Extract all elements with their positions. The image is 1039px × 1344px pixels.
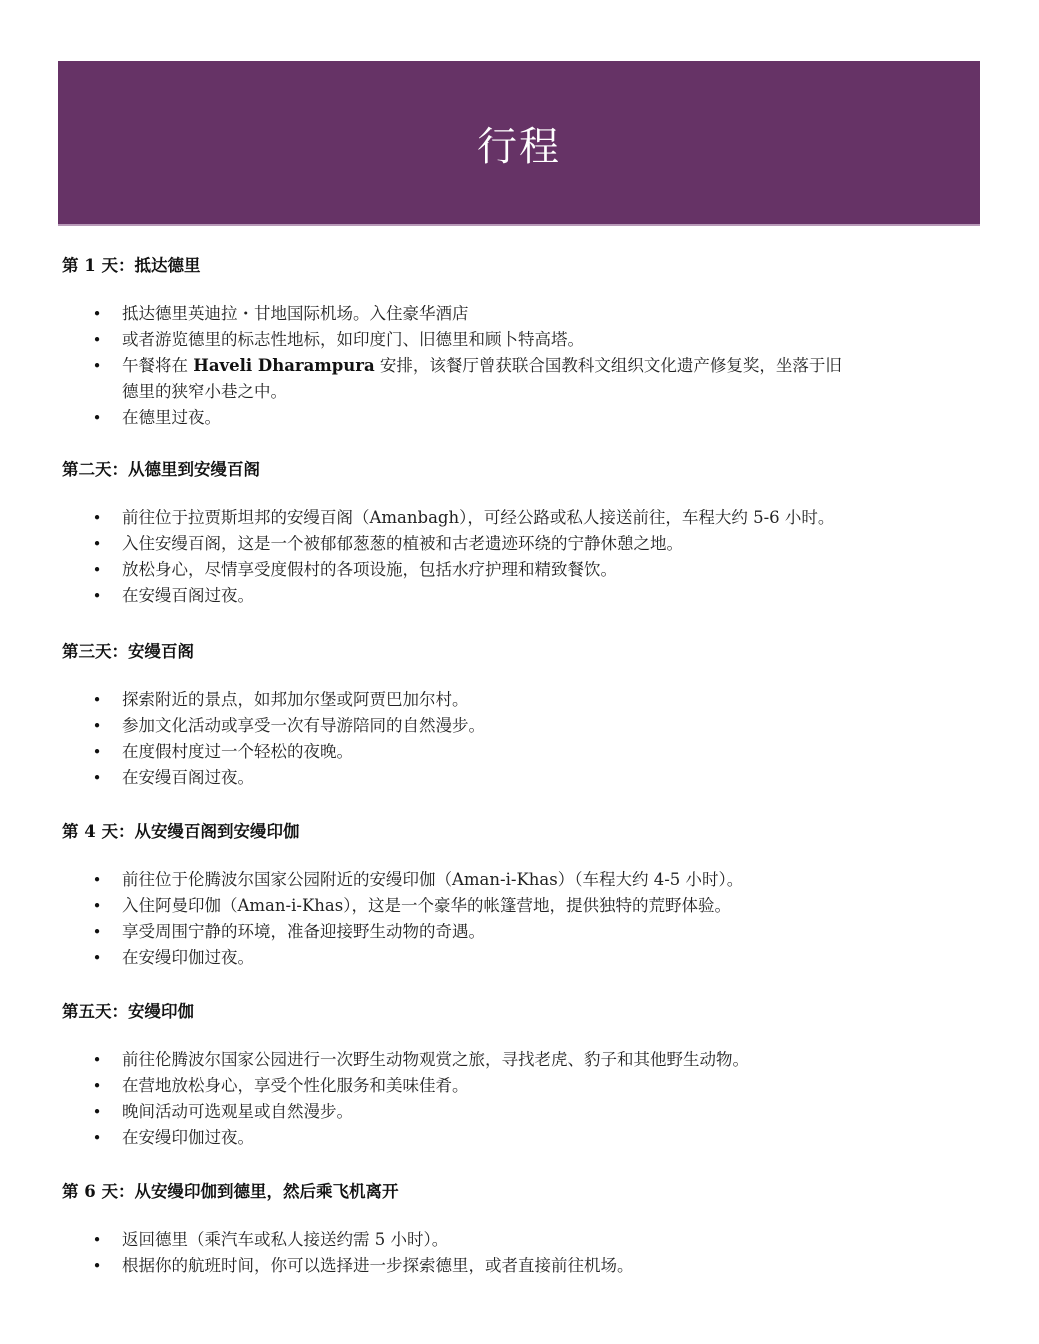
day-activity-list: • 返回德里（乘汽车或私人接送约需 5 小时）。 • 根据你的航班时间，你可以选… [62, 1227, 634, 1279]
item-text: 探索附近的景点，如邦加尔堡或阿贾巴加尔村。 [122, 690, 469, 709]
day-activity-list: • 前往伦腾波尔国家公园进行一次野生动物观赏之旅，寻找老虎、豹子和其他野生动物。… [62, 1047, 749, 1151]
day-activity-list: • 探索附近的景点，如邦加尔堡或阿贾巴加尔村。 • 参加文化活动或享受一次有导游… [62, 687, 485, 791]
item-text-post: 安排，该餐厅曾获联合国教科文组织文化遗产修复奖，坐落于旧 [375, 356, 842, 375]
day-section-3: 第三天：安缦百阁 • 探索附近的景点，如邦加尔堡或阿贾巴加尔村。 • 参加文化活… [62, 638, 485, 791]
item-text: 享受周围宁静的环境，准备迎接野生动物的奇遇。 [122, 922, 485, 941]
item-text: 在度假村度过一个轻松的夜晚。 [122, 742, 353, 761]
list-item: • 享受周围宁静的环境，准备迎接野生动物的奇遇。 [62, 919, 743, 945]
day-activity-list: • 前往位于伦腾波尔国家公园附近的安缦印伽（Aman-i-Khas）（车程大约 … [62, 867, 743, 971]
bullet-icon: • [92, 1047, 102, 1073]
item-text-continued: 德里的狭窄小巷之中。 [122, 382, 287, 401]
list-item: • 参加文化活动或享受一次有导游陪同的自然漫步。 [62, 713, 485, 739]
bullet-icon: • [92, 1227, 102, 1253]
item-text: 根据你的航班时间，你可以选择进一步探索德里，或者直接前往机场。 [122, 1256, 634, 1275]
list-item: • 抵达德里英迪拉・甘地国际机场。入住豪华酒店 [62, 301, 842, 327]
item-text: 前往位于拉贾斯坦邦的安缦百阁（Amanbagh），可经公路或私人接送前往，车程大… [122, 508, 834, 527]
item-text: 在德里过夜。 [122, 408, 221, 427]
bullet-icon: • [92, 945, 102, 971]
bullet-icon: • [92, 557, 102, 583]
list-item: • 放松身心，尽情享受度假村的各项设施，包括水疗护理和精致餐饮。 [62, 557, 834, 583]
day-heading: 第 6 天：从安缦印伽到德里，然后乘飞机离开 [62, 1178, 634, 1206]
list-item: • 在营地放松身心，享受个性化服务和美味佳肴。 [62, 1073, 749, 1099]
item-text: 前往伦腾波尔国家公园进行一次野生动物观赏之旅，寻找老虎、豹子和其他野生动物。 [122, 1050, 749, 1069]
list-item: • 入住安缦百阁，这是一个被郁郁葱葱的植被和古老遗迹环绕的宁静休憩之地。 [62, 531, 834, 557]
item-text-pre: 午餐将在 [122, 356, 193, 375]
bullet-icon: • [92, 687, 102, 713]
day-section-6: 第 6 天：从安缦印伽到德里，然后乘飞机离开 • 返回德里（乘汽车或私人接送约需… [62, 1178, 634, 1279]
title-banner: 行程 [58, 61, 980, 226]
list-item: • 前往伦腾波尔国家公园进行一次野生动物观赏之旅，寻找老虎、豹子和其他野生动物。 [62, 1047, 749, 1073]
list-item: • 探索附近的景点，如邦加尔堡或阿贾巴加尔村。 [62, 687, 485, 713]
list-item: • 前往位于伦腾波尔国家公园附近的安缦印伽（Aman-i-Khas）（车程大约 … [62, 867, 743, 893]
bullet-icon: • [92, 1253, 102, 1279]
list-item: • 在安缦印伽过夜。 [62, 945, 743, 971]
day-heading: 第 4 天：从安缦百阁到安缦印伽 [62, 818, 743, 846]
list-item: • 在安缦百阁过夜。 [62, 765, 485, 791]
page-title: 行程 [477, 115, 561, 172]
item-text: 入住阿曼印伽（Aman-i-Khas），这是一个豪华的帐篷营地，提供独特的荒野体… [122, 896, 731, 915]
list-item: • 入住阿曼印伽（Aman-i-Khas），这是一个豪华的帐篷营地，提供独特的荒… [62, 893, 743, 919]
list-item: • 根据你的航班时间，你可以选择进一步探索德里，或者直接前往机场。 [62, 1253, 634, 1279]
bullet-icon: • [92, 1099, 102, 1125]
item-text: 返回德里（乘汽车或私人接送约需 5 小时）。 [122, 1230, 448, 1249]
item-text: 在营地放松身心，享受个性化服务和美味佳肴。 [122, 1076, 469, 1095]
bullet-icon: • [92, 301, 102, 327]
bullet-icon: • [92, 765, 102, 791]
list-item: • 晚间活动可选观星或自然漫步。 [62, 1099, 749, 1125]
item-text: 入住安缦百阁，这是一个被郁郁葱葱的植被和古老遗迹环绕的宁静休憩之地。 [122, 534, 683, 553]
item-text: 在安缦百阁过夜。 [122, 768, 254, 787]
day-heading: 第五天：安缦印伽 [62, 998, 749, 1026]
list-item: • 在安缦百阁过夜。 [62, 583, 834, 609]
item-text: 在安缦印伽过夜。 [122, 1128, 254, 1147]
list-item: • 午餐将在 Haveli Dharampura 安排，该餐厅曾获联合国教科文组… [62, 353, 842, 405]
bullet-icon: • [92, 919, 102, 945]
bullet-icon: • [92, 531, 102, 557]
list-item: • 前往位于拉贾斯坦邦的安缦百阁（Amanbagh），可经公路或私人接送前往，车… [62, 505, 834, 531]
day-activity-list: • 前往位于拉贾斯坦邦的安缦百阁（Amanbagh），可经公路或私人接送前往，车… [62, 505, 834, 609]
bullet-icon: • [92, 1125, 102, 1151]
day-section-2: 第二天：从德里到安缦百阁 • 前往位于拉贾斯坦邦的安缦百阁（Amanbagh），… [62, 456, 834, 609]
item-text: 晚间活动可选观星或自然漫步。 [122, 1102, 353, 1121]
list-item: • 返回德里（乘汽车或私人接送约需 5 小时）。 [62, 1227, 634, 1253]
item-text: 前往位于伦腾波尔国家公园附近的安缦印伽（Aman-i-Khas）（车程大约 4-… [122, 870, 743, 889]
item-text: 或者游览德里的标志性地标，如印度门、旧德里和顾卜特高塔。 [122, 330, 584, 349]
item-text: 放松身心，尽情享受度假村的各项设施，包括水疗护理和精致餐饮。 [122, 560, 617, 579]
bullet-icon: • [92, 327, 102, 353]
list-item: • 或者游览德里的标志性地标，如印度门、旧德里和顾卜特高塔。 [62, 327, 842, 353]
day-section-4: 第 4 天：从安缦百阁到安缦印伽 • 前往位于伦腾波尔国家公园附近的安缦印伽（A… [62, 818, 743, 971]
item-text: 在安缦百阁过夜。 [122, 586, 254, 605]
bullet-icon: • [92, 713, 102, 739]
item-text: 参加文化活动或享受一次有导游陪同的自然漫步。 [122, 716, 485, 735]
day-activity-list: • 抵达德里英迪拉・甘地国际机场。入住豪华酒店 • 或者游览德里的标志性地标，如… [62, 301, 842, 431]
bullet-icon: • [92, 405, 102, 431]
list-item: • 在安缦印伽过夜。 [62, 1125, 749, 1151]
item-text: 在安缦印伽过夜。 [122, 948, 254, 967]
day-section-1: 第 1 天：抵达德里 • 抵达德里英迪拉・甘地国际机场。入住豪华酒店 • 或者游… [62, 252, 842, 431]
restaurant-name: Haveli Dharampura [193, 356, 374, 375]
day-section-5: 第五天：安缦印伽 • 前往伦腾波尔国家公园进行一次野生动物观赏之旅，寻找老虎、豹… [62, 998, 749, 1151]
item-text: 抵达德里英迪拉・甘地国际机场。入住豪华酒店 [122, 304, 469, 323]
bullet-icon: • [92, 583, 102, 609]
bullet-icon: • [92, 893, 102, 919]
day-heading: 第三天：安缦百阁 [62, 638, 485, 666]
bullet-icon: • [92, 505, 102, 531]
bullet-icon: • [92, 1073, 102, 1099]
day-heading: 第二天：从德里到安缦百阁 [62, 456, 834, 484]
list-item: • 在德里过夜。 [62, 405, 842, 431]
bullet-icon: • [92, 867, 102, 893]
day-heading: 第 1 天：抵达德里 [62, 252, 842, 280]
bullet-icon: • [92, 739, 102, 765]
list-item: • 在度假村度过一个轻松的夜晚。 [62, 739, 485, 765]
bullet-icon: • [92, 353, 102, 379]
